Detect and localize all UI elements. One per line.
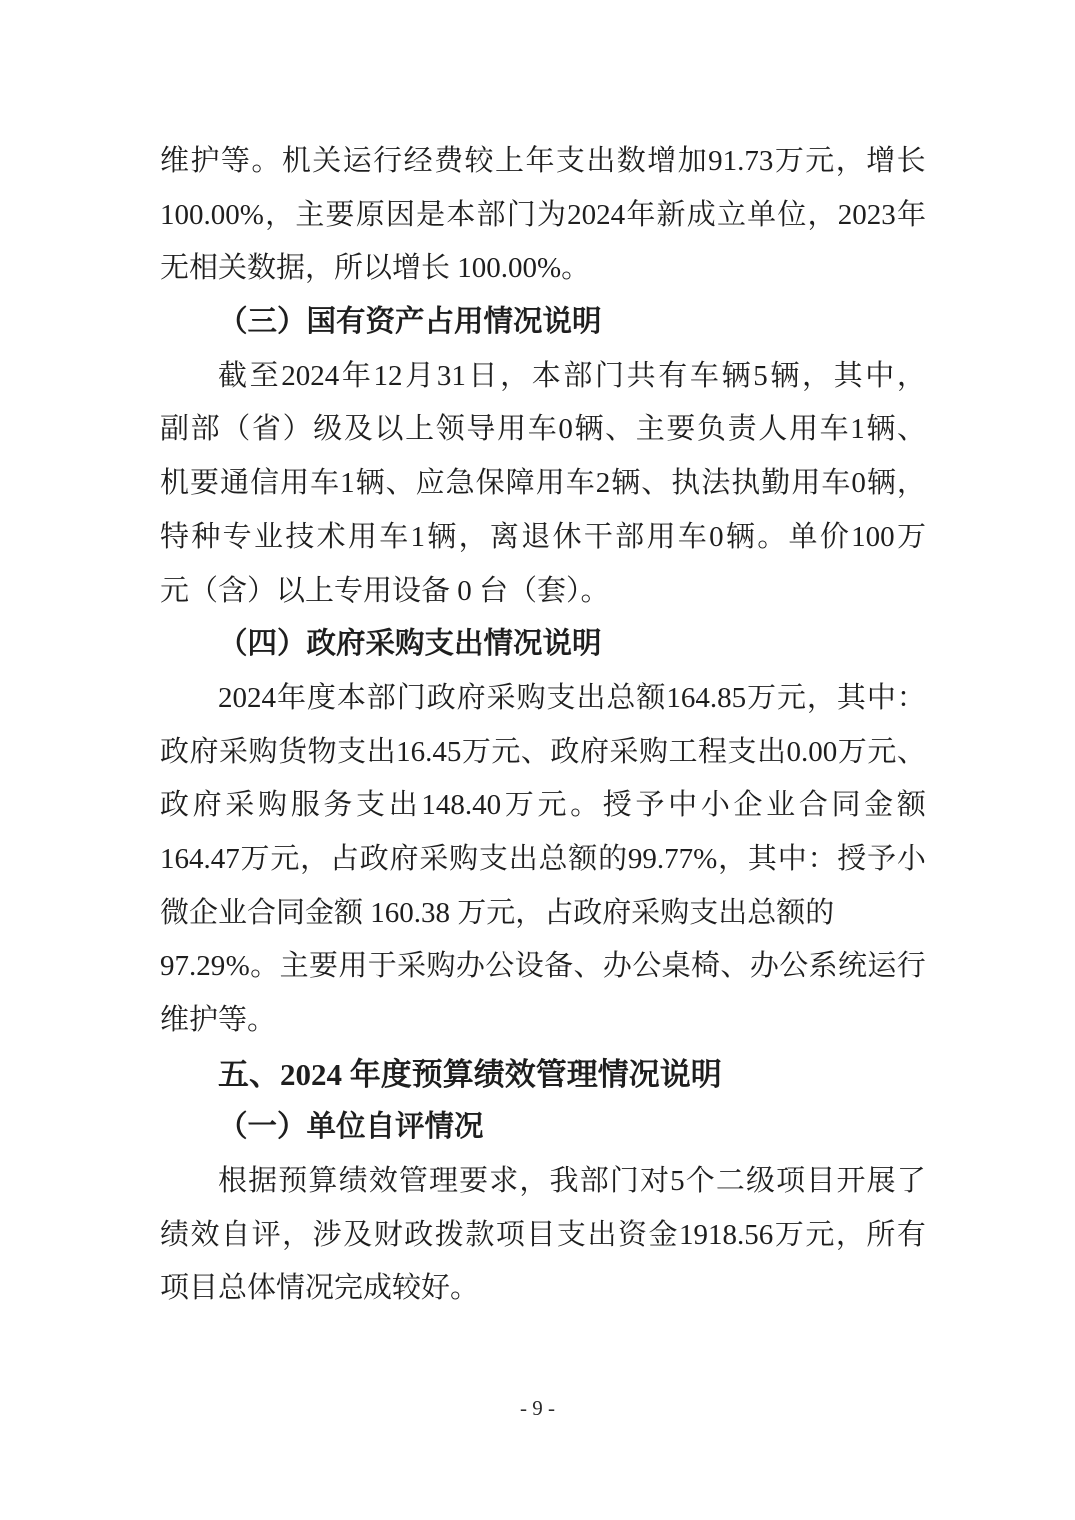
text-line: 2024年度本部门政府采购支出总额164.85万元，其中： xyxy=(160,672,926,726)
text-line: 截至2024年12月31日，本部门共有车辆5辆，其中， xyxy=(160,350,926,404)
text-token: 门 xyxy=(595,350,624,404)
text-token: 特 xyxy=(160,511,189,565)
text-token: 元 xyxy=(270,833,299,887)
text-line: 政府采购货物支出16.45万元、政府采购工程支出0.00万元、 xyxy=(160,726,926,780)
text-token: 1 xyxy=(411,511,426,565)
text-token: 、 xyxy=(720,940,749,994)
text-token: 总 xyxy=(539,833,568,887)
text-token: 5 xyxy=(670,1155,685,1209)
text-token: % xyxy=(226,940,250,994)
text-token: 总 xyxy=(606,672,635,726)
text-token: 工 xyxy=(668,726,697,780)
text-token: 维 xyxy=(160,135,189,189)
text-token: 、 xyxy=(386,457,415,511)
text-token: 绩 xyxy=(339,1155,368,1209)
text-token: 府 xyxy=(580,726,609,780)
text-token: 二 xyxy=(716,1155,745,1209)
text-token: 元 xyxy=(491,726,520,780)
text-token: 运 xyxy=(867,940,896,994)
text-token: 1918.56 xyxy=(679,1209,773,1263)
text-token: 本 xyxy=(532,350,561,404)
text-token: 用 xyxy=(348,511,377,565)
text-token: 要 xyxy=(666,403,695,457)
text-token: 辆 xyxy=(867,457,896,511)
text-token: 年 xyxy=(897,189,926,243)
text-token: 1 xyxy=(850,403,865,457)
text-token: 年 xyxy=(342,350,371,404)
text-token: 、 xyxy=(605,403,634,457)
text-line: 元（含）以上专用设备 0 台（套）。 xyxy=(160,565,926,619)
text-token: 信 xyxy=(250,457,279,511)
text-token: 授 xyxy=(603,779,632,833)
text-token: 自 xyxy=(221,1209,250,1263)
text-token: 开 xyxy=(836,1155,865,1209)
text-token: 购 xyxy=(517,672,546,726)
text-token: 理 xyxy=(429,1155,458,1209)
text-token: 出 xyxy=(509,833,538,887)
text-token: 障 xyxy=(506,457,535,511)
text-token: 0 xyxy=(851,457,866,511)
text-token: 148.40 xyxy=(421,779,501,833)
text-token: 省 xyxy=(252,403,281,457)
text-token: 。 xyxy=(570,779,599,833)
text-token: 164.47 xyxy=(160,833,240,887)
text-token: 护 xyxy=(190,135,219,189)
text-token: 采 xyxy=(225,779,254,833)
text-token: 采 xyxy=(419,833,448,887)
text-token: 通 xyxy=(220,457,249,511)
text-token: 办 xyxy=(456,940,485,994)
text-token: 同 xyxy=(832,779,861,833)
text-token: ， xyxy=(265,189,294,243)
text-token: 金 xyxy=(864,779,893,833)
text-token: 法 xyxy=(701,457,730,511)
text-token: 。 xyxy=(757,511,786,565)
text-token: 府 xyxy=(390,833,419,887)
text-token: 支 xyxy=(337,726,366,780)
text-line: 政府采购服务支出148.40万元。授予中小企业合同金额 xyxy=(160,779,926,833)
text-token: ， xyxy=(802,350,831,404)
text-token: 部 xyxy=(580,1155,609,1209)
text-token: 出 xyxy=(367,726,396,780)
text-token: 术 xyxy=(317,511,346,565)
text-token: 责 xyxy=(728,403,757,457)
text-token: 对 xyxy=(640,1155,669,1209)
text-token: 小 xyxy=(897,833,926,887)
text-token: 部 xyxy=(367,672,396,726)
text-token: 部 xyxy=(191,403,220,457)
text-token: 行 xyxy=(373,135,402,189)
text-token: 政 xyxy=(404,1209,433,1263)
text-token: 机 xyxy=(160,457,189,511)
text-token: 技 xyxy=(285,511,314,565)
text-token: 务 xyxy=(323,779,352,833)
text-token: ， xyxy=(519,1155,548,1209)
text-token: 门 xyxy=(610,1155,639,1209)
text-token: 单 xyxy=(747,189,776,243)
text-token: 支 xyxy=(728,726,757,780)
text-line: 特种专业技术用车1辆，离退休干部用车0辆。单价100万 xyxy=(160,511,926,565)
text-token: 数 xyxy=(617,135,646,189)
text-token: 预 xyxy=(278,1155,307,1209)
text-token: 、 xyxy=(897,403,926,457)
text-token: 、 xyxy=(573,940,602,994)
text-token: 办 xyxy=(750,940,779,994)
text-token: 小 xyxy=(701,779,730,833)
text-token: 其 xyxy=(834,350,863,404)
text-token: 额 xyxy=(897,779,926,833)
text-token: 系 xyxy=(809,940,838,994)
text-token: 额 xyxy=(568,833,597,887)
text-token: 关 xyxy=(312,135,341,189)
text-token: 保 xyxy=(476,457,505,511)
text-token: 展 xyxy=(867,1155,896,1209)
text-line: 维护等。 xyxy=(160,994,926,1048)
text-token: 位 xyxy=(777,189,806,243)
text-token: 采 xyxy=(487,672,516,726)
text-token: 政 xyxy=(427,672,456,726)
text-token: ， xyxy=(836,135,865,189)
text-token: 备 xyxy=(544,940,573,994)
text-token: 运 xyxy=(343,135,372,189)
text-token: 据 xyxy=(248,1155,277,1209)
text-token: 用 xyxy=(280,457,309,511)
text-token: 主 xyxy=(295,189,324,243)
text-token: 辆 xyxy=(726,511,755,565)
text-token: 出 xyxy=(586,135,615,189)
text-token: 政 xyxy=(550,726,579,780)
heading-line: 五、2024 年度预算绩效管理情况说明 xyxy=(160,1048,926,1102)
text-token: 物 xyxy=(308,726,337,780)
text-token: 执 xyxy=(671,457,700,511)
text-token: 万 xyxy=(838,726,867,780)
text-token: 2024 xyxy=(218,672,276,726)
text-token: 桌 xyxy=(662,940,691,994)
text-token: 种 xyxy=(191,511,220,565)
text-token: 年 xyxy=(277,672,306,726)
text-token: 万 xyxy=(775,135,804,189)
text-token: 效 xyxy=(191,1209,220,1263)
text-token: 部 xyxy=(563,350,592,404)
text-token: 支 xyxy=(356,779,385,833)
text-token: 项 xyxy=(776,1155,805,1209)
text-token: 政 xyxy=(160,779,189,833)
text-token: 资 xyxy=(618,1209,647,1263)
text-token: 0 xyxy=(709,511,724,565)
text-token: 、 xyxy=(897,726,926,780)
text-token: 授 xyxy=(837,833,866,887)
text-token: 。 xyxy=(251,135,280,189)
text-line: 机要通信用车1辆、应急保障用车2辆、执法执勤用车0辆， xyxy=(160,457,926,511)
text-token: 其 xyxy=(837,672,866,726)
text-token: 采 xyxy=(609,726,638,780)
text-token: 项 xyxy=(496,1209,525,1263)
text-token: 、 xyxy=(641,457,670,511)
text-token: 府 xyxy=(457,672,486,726)
text-token: 万 xyxy=(897,511,926,565)
text-token: 0.00 xyxy=(787,726,838,780)
text-token: 100 xyxy=(851,511,895,565)
text-token: 休 xyxy=(553,511,582,565)
text-token: 急 xyxy=(446,457,475,511)
text-token: 求 xyxy=(489,1155,518,1209)
text-token: 目 xyxy=(526,1209,555,1263)
text-token: 评 xyxy=(252,1209,281,1263)
text-token: 加 xyxy=(678,135,707,189)
document-page: 维护等。机关运行经费较上年支出数增加91.73万元，增长100.00%，主要原因… xyxy=(0,0,1075,1520)
text-token: 购 xyxy=(249,726,278,780)
text-token: ， xyxy=(836,1209,865,1263)
text-token: 予 xyxy=(867,833,896,887)
text-token: 管 xyxy=(399,1155,428,1209)
text-token: 人 xyxy=(758,403,787,457)
text-token: ： xyxy=(807,833,836,887)
text-token: 离 xyxy=(490,511,519,565)
text-token: 采 xyxy=(397,940,426,994)
text-token: 单 xyxy=(789,511,818,565)
text-token: ， xyxy=(300,833,329,887)
text-token: 支 xyxy=(479,833,508,887)
text-token: 、 xyxy=(521,726,550,780)
text-token: 业 xyxy=(254,511,283,565)
text-token: 中 xyxy=(668,779,697,833)
text-token: 根 xyxy=(218,1155,247,1209)
text-token: 万 xyxy=(747,672,776,726)
text-token: 2 xyxy=(596,457,611,511)
text-token: 算 xyxy=(308,1155,337,1209)
text-token: 个 xyxy=(686,1155,715,1209)
heading-line: （三）国有资产占用情况说明 xyxy=(160,296,926,350)
text-token: 中 xyxy=(778,833,807,887)
text-token: 政 xyxy=(160,726,189,780)
text-token: 0 xyxy=(558,403,573,457)
text-line: 副部（省）级及以上领导用车0辆、主要负责人用车1辆、 xyxy=(160,403,926,457)
text-token: 拨 xyxy=(435,1209,464,1263)
text-token: 中 xyxy=(865,350,894,404)
text-token: 中 xyxy=(867,672,896,726)
text-token: 用 xyxy=(646,511,675,565)
text-token: 用 xyxy=(338,940,367,994)
text-token: 主 xyxy=(280,940,309,994)
text-token: 支 xyxy=(557,1209,586,1263)
text-token: ， xyxy=(897,457,926,511)
text-token: 出 xyxy=(389,779,418,833)
text-token: 椅 xyxy=(691,940,720,994)
text-token: 辆 xyxy=(722,350,751,404)
text-token: 日 xyxy=(468,350,497,404)
text-token: 负 xyxy=(697,403,726,457)
text-token: 行 xyxy=(897,940,926,994)
text-token: 元 xyxy=(805,135,834,189)
text-token: 占 xyxy=(330,833,359,887)
text-token: 至 xyxy=(250,350,279,404)
text-token: 车 xyxy=(690,350,719,404)
text-token: ， xyxy=(897,350,926,404)
text-token: 货 xyxy=(278,726,307,780)
text-token: 有 xyxy=(897,1209,926,1263)
text-token: 车 xyxy=(678,511,707,565)
text-token: 万 xyxy=(462,726,491,780)
text-token: 车 xyxy=(821,457,850,511)
text-token: 要 xyxy=(190,457,219,511)
text-token: 府 xyxy=(190,726,219,780)
text-token: 。 xyxy=(250,940,279,994)
text-token: 购 xyxy=(449,833,478,887)
text-token: 万 xyxy=(775,1209,804,1263)
text-token: 12 xyxy=(374,350,403,404)
text-token: 购 xyxy=(258,779,287,833)
text-token: 增 xyxy=(866,135,895,189)
text-token: 效 xyxy=(369,1155,398,1209)
text-token: 2024 xyxy=(567,189,625,243)
text-token: 较 xyxy=(465,135,494,189)
text-token: 部 xyxy=(477,189,506,243)
text-token: 政 xyxy=(360,833,389,887)
text-token: 要 xyxy=(326,189,355,243)
text-token: 1 xyxy=(340,457,355,511)
text-line: 164.47万元，占政府采购支出总额的99.77%，其中：授予小 xyxy=(160,833,926,887)
heading-line: （四）政府采购支出情况说明 xyxy=(160,618,926,672)
text-token: 增 xyxy=(647,135,676,189)
text-token: 立 xyxy=(717,189,746,243)
text-token: 31 xyxy=(437,350,466,404)
text-token: 采 xyxy=(219,726,248,780)
text-token: 等 xyxy=(221,135,250,189)
text-token: 年 xyxy=(626,189,655,243)
text-token: 上 xyxy=(495,135,524,189)
text-token: 勤 xyxy=(761,457,790,511)
text-token: 长 xyxy=(897,135,926,189)
text-token: 支 xyxy=(547,672,576,726)
text-line: 100.00%，主要原因是本部门为2024年新成立单位，2023年 xyxy=(160,189,926,243)
text-token: 企 xyxy=(733,779,762,833)
text-token: 车 xyxy=(379,511,408,565)
text-token: 额 xyxy=(636,672,665,726)
text-token: 本 xyxy=(337,672,366,726)
text-token: 2023 xyxy=(838,189,896,243)
text-token: 元 xyxy=(537,779,566,833)
text-token: 新 xyxy=(657,189,686,243)
text-token: 车 xyxy=(566,457,595,511)
text-token: 涉 xyxy=(313,1209,342,1263)
text-token: 车 xyxy=(820,403,849,457)
text-token: 购 xyxy=(639,726,668,780)
text-token: 本 xyxy=(446,189,475,243)
page-number: - 9 - xyxy=(520,1396,555,1420)
text-token: 我 xyxy=(550,1155,579,1209)
text-token: 要 xyxy=(309,940,338,994)
text-token: 99.77% xyxy=(628,833,717,887)
text-token: ， xyxy=(808,189,837,243)
text-token: 办 xyxy=(603,940,632,994)
text-token: 专 xyxy=(223,511,252,565)
text-token: 了 xyxy=(897,1155,926,1209)
text-token: 程 xyxy=(698,726,727,780)
text-line: 项目总体情况完成较好。 xyxy=(160,1262,926,1316)
text-token: 及 xyxy=(343,1209,372,1263)
text-token: 万 xyxy=(241,833,270,887)
text-token: 用 xyxy=(497,403,526,457)
text-token: 退 xyxy=(521,511,550,565)
text-token: 予 xyxy=(635,779,664,833)
text-token: 领 xyxy=(436,403,465,457)
text-token: 出 xyxy=(587,1209,616,1263)
text-token: 辆 xyxy=(356,457,385,511)
text-line: 维护等。机关运行经费较上年支出数增加91.73万元，增长 xyxy=(160,135,926,189)
text-token: 辆 xyxy=(611,457,640,511)
text-token: 截 xyxy=(218,350,247,404)
heading-line: （一）单位自评情况 xyxy=(160,1101,926,1155)
text-token: 有 xyxy=(658,350,687,404)
text-token: 主 xyxy=(636,403,665,457)
text-token: 辆 xyxy=(866,403,895,457)
text-token: 用 xyxy=(789,403,818,457)
text-token: 业 xyxy=(766,779,795,833)
text-token: 于 xyxy=(368,940,397,994)
text-token: 门 xyxy=(397,672,426,726)
text-token: 导 xyxy=(466,403,495,457)
text-token: 元 xyxy=(805,1209,834,1263)
text-token: 是 xyxy=(416,189,445,243)
text-token: 16.45 xyxy=(396,726,461,780)
text-token: （ xyxy=(221,403,250,457)
text-token: 164.85 xyxy=(666,672,746,726)
text-token: 所 xyxy=(866,1209,895,1263)
text-token: 以 xyxy=(374,403,403,457)
text-token: 部 xyxy=(615,511,644,565)
text-token: 目 xyxy=(806,1155,835,1209)
text-token: 服 xyxy=(291,779,320,833)
text-token: ， xyxy=(807,672,836,726)
text-token: 辆 xyxy=(770,350,799,404)
text-token: 用 xyxy=(536,457,565,511)
text-token: 费 xyxy=(434,135,463,189)
text-token: 执 xyxy=(731,457,760,511)
text-token: ， xyxy=(500,350,529,404)
text-token: 机 xyxy=(282,135,311,189)
text-token: 支 xyxy=(556,135,585,189)
text-token: 车 xyxy=(528,403,557,457)
text-token: 公 xyxy=(485,940,514,994)
text-line: 绩效自评，涉及财政拨款项目支出资金1918.56万元，所有 xyxy=(160,1209,926,1263)
text-token: ， xyxy=(282,1209,311,1263)
text-token: 应 xyxy=(416,457,445,511)
text-token: 91.73 xyxy=(708,135,773,189)
text-line: 无相关数据，所以增长 100.00%。 xyxy=(160,242,926,296)
text-token: 府 xyxy=(193,779,222,833)
text-token: 车 xyxy=(310,457,339,511)
document-body: 维护等。机关运行经费较上年支出数增加91.73万元，增长100.00%，主要原因… xyxy=(160,135,926,1316)
text-token: 经 xyxy=(404,135,433,189)
text-token: 出 xyxy=(576,672,605,726)
text-token: 金 xyxy=(649,1209,678,1263)
text-line: 微企业合同金额 160.38 万元，占政府采购支出总额的 xyxy=(160,887,926,941)
text-token: 干 xyxy=(584,511,613,565)
text-token: 要 xyxy=(459,1155,488,1209)
text-token: 财 xyxy=(374,1209,403,1263)
text-line: 根据预算绩效管理要求，我部门对5个二级项目开展了 xyxy=(160,1155,926,1209)
text-token: 的 xyxy=(598,833,627,887)
text-token: 为 xyxy=(537,189,566,243)
text-token: 元 xyxy=(867,726,896,780)
text-token: 月 xyxy=(405,350,434,404)
text-token: 出 xyxy=(757,726,786,780)
text-token: 97.29 xyxy=(160,940,225,994)
text-token: ） xyxy=(283,403,312,457)
text-token: 合 xyxy=(799,779,828,833)
text-token: 度 xyxy=(307,672,336,726)
text-token: 设 xyxy=(515,940,544,994)
